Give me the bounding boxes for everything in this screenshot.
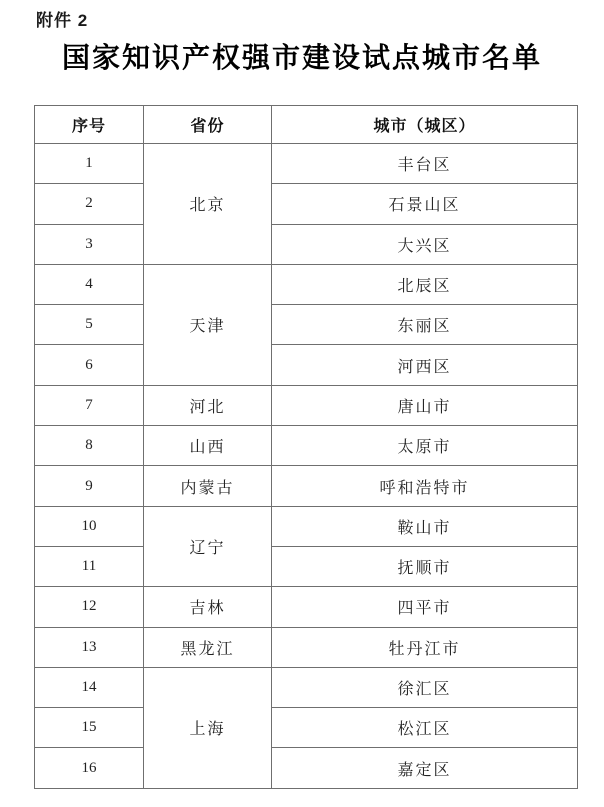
table-row: 13黑龙江牡丹江市 <box>35 627 578 667</box>
document-page: 附件 2 国家知识产权强市建设试点城市名单 序号 省份 城市（城区） 1北京丰台… <box>0 0 604 807</box>
attachment-label: 附件 2 <box>36 6 88 31</box>
row-number-cell: 12 <box>35 587 144 627</box>
row-number-cell: 2 <box>35 184 144 224</box>
city-cell: 徐汇区 <box>272 667 578 707</box>
header-省份: 省份 <box>144 106 272 144</box>
city-cell: 鞍山市 <box>272 506 578 546</box>
city-cell: 抚顺市 <box>272 546 578 586</box>
province-cell: 上海 <box>144 667 272 788</box>
table-row: 16嘉定区 <box>35 748 578 788</box>
row-number-cell: 8 <box>35 426 144 466</box>
city-cell: 东丽区 <box>272 305 578 345</box>
table-row: 7河北唐山市 <box>35 385 578 425</box>
row-number-cell: 14 <box>35 667 144 707</box>
city-cell: 大兴区 <box>272 224 578 264</box>
province-cell: 天津 <box>144 264 272 385</box>
table-row: 10辽宁鞍山市 <box>35 506 578 546</box>
city-cell: 唐山市 <box>272 385 578 425</box>
row-number-cell: 3 <box>35 224 144 264</box>
city-cell: 太原市 <box>272 426 578 466</box>
page-title: 国家知识产权强市建设试点城市名单 <box>0 36 604 76</box>
table-row: 2石景山区 <box>35 184 578 224</box>
table-row: 14上海徐汇区 <box>35 667 578 707</box>
row-number-cell: 11 <box>35 546 144 586</box>
row-number-cell: 4 <box>35 264 144 304</box>
header-序号: 序号 <box>35 106 144 144</box>
province-cell: 北京 <box>144 144 272 265</box>
city-cell: 丰台区 <box>272 144 578 184</box>
row-number-cell: 5 <box>35 305 144 345</box>
table-row: 1北京丰台区 <box>35 144 578 184</box>
province-cell: 辽宁 <box>144 506 272 587</box>
table-row: 4天津北辰区 <box>35 264 578 304</box>
table-row: 12吉林四平市 <box>35 587 578 627</box>
row-number-cell: 15 <box>35 708 144 748</box>
row-number-cell: 6 <box>35 345 144 385</box>
pilot-city-table: 序号 省份 城市（城区） 1北京丰台区2石景山区3大兴区4天津北辰区5东丽区6河… <box>34 105 578 789</box>
table-row: 8山西太原市 <box>35 426 578 466</box>
table-row: 3大兴区 <box>35 224 578 264</box>
city-cell: 河西区 <box>272 345 578 385</box>
row-number-cell: 9 <box>35 466 144 506</box>
province-cell: 黑龙江 <box>144 627 272 667</box>
table-header-row: 序号 省份 城市（城区） <box>35 106 578 144</box>
table-row: 6河西区 <box>35 345 578 385</box>
table-row: 15松江区 <box>35 708 578 748</box>
table-row: 9内蒙古呼和浩特市 <box>35 466 578 506</box>
table-row: 11抚顺市 <box>35 546 578 586</box>
city-cell: 四平市 <box>272 587 578 627</box>
row-number-cell: 10 <box>35 506 144 546</box>
city-cell: 牡丹江市 <box>272 627 578 667</box>
province-cell: 吉林 <box>144 587 272 627</box>
row-number-cell: 1 <box>35 144 144 184</box>
province-cell: 山西 <box>144 426 272 466</box>
city-cell: 松江区 <box>272 708 578 748</box>
province-cell: 内蒙古 <box>144 466 272 506</box>
header-城市城区: 城市（城区） <box>272 106 578 144</box>
row-number-cell: 7 <box>35 385 144 425</box>
city-cell: 嘉定区 <box>272 748 578 788</box>
city-table-body: 1北京丰台区2石景山区3大兴区4天津北辰区5东丽区6河西区7河北唐山市8山西太原… <box>35 144 578 789</box>
row-number-cell: 13 <box>35 627 144 667</box>
city-cell: 石景山区 <box>272 184 578 224</box>
city-cell: 北辰区 <box>272 264 578 304</box>
city-cell: 呼和浩特市 <box>272 466 578 506</box>
row-number-cell: 16 <box>35 748 144 788</box>
table-row: 5东丽区 <box>35 305 578 345</box>
province-cell: 河北 <box>144 385 272 425</box>
